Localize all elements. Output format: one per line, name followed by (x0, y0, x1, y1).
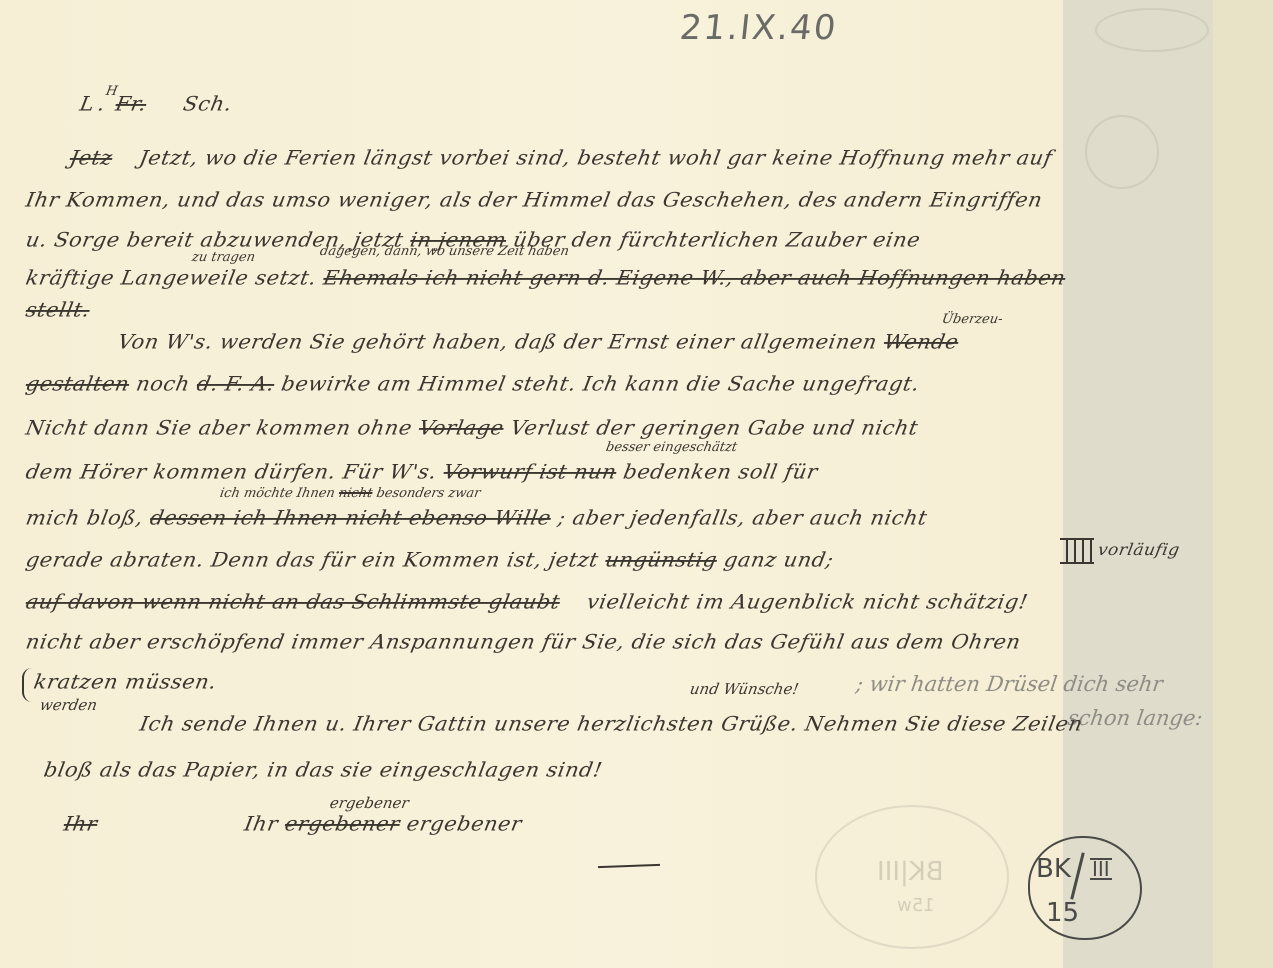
line-text: gerade abraten. Denn das für ein Kommen … (24, 549, 600, 572)
line-text: bewirke am Himmel steht. Ich kann die Sa… (280, 373, 922, 396)
archive-stamp: BK III 15 (1028, 836, 1142, 940)
pencil-margin-note-2: schon lange: (1066, 706, 1204, 730)
struck-word: Wende (882, 331, 960, 354)
line-text: Jetzt, wo die Ferien längst vorbei sind,… (138, 147, 1055, 170)
line-text: nicht aber erschöpfend immer Anspannunge… (24, 631, 1023, 654)
manuscript-line-2: Ihr Kommen, und das umso weniger, als de… (24, 189, 1044, 212)
stamp-volume: III (1090, 858, 1112, 880)
manuscript-line-11: gerade abraten. Denn das für ein Kommen … (24, 549, 836, 572)
line-text: Ihr (243, 813, 280, 836)
manuscript-line-9: dem Hörer kommen dürfen. Für W's. Vorwur… (24, 461, 820, 484)
document-date: 21.IX.40 (678, 8, 840, 48)
manuscript-line-14: kratzen müssen. (32, 671, 219, 694)
line-text: vielleicht im Augenblick nicht schätzig! (585, 591, 1030, 614)
line-text: Nicht dann Sie aber kommen ohne (24, 417, 414, 440)
bleed-through-mark (1085, 115, 1159, 189)
line-text: mich bloß, (24, 507, 145, 530)
struck-word: d. F. A. (195, 373, 276, 396)
line-text: kratzen müssen. (32, 671, 219, 694)
stamp-number: 15 (1046, 898, 1079, 928)
closing-line: Ihr Ihr ergebener ergebener (62, 813, 524, 836)
manuscript-line-5: stellt. (24, 299, 92, 322)
margin-insert: werden (38, 696, 98, 714)
insert-text: ich möchte Ihnen (219, 486, 336, 501)
stamp-series: BK (1036, 854, 1071, 884)
line-text: bloß als das Papier, in das sie eingesch… (42, 759, 604, 782)
line-text: bedenken soll für (622, 461, 820, 484)
interlinear-insert: und Wünsche! (688, 680, 800, 698)
line-text: noch (134, 373, 191, 396)
interlinear-insert: zu tragen (191, 250, 257, 265)
struck-word: nicht (338, 486, 374, 501)
interlinear-insert: ergebener (328, 794, 410, 812)
line-text: kräftige Langeweile setzt. (24, 267, 318, 290)
struck-word: ergebener (283, 813, 402, 836)
manuscript-line-15: Ich sende Ihnen u. Ihrer Gattin unsere h… (138, 713, 1085, 736)
struck-phrase: Ehemals ich nicht gern d. Eigene W., abe… (322, 267, 1068, 290)
ghost-stamp-series: BK|III (877, 857, 944, 887)
line-text: ergebener (405, 813, 524, 836)
bleed-through-archive-stamp: BK|III 15w (815, 805, 1009, 949)
struck-word: Jetz (68, 147, 114, 170)
struck-word: Ihr (62, 813, 99, 836)
manuscript-line-16: bloß als das Papier, in das sie eingesch… (42, 759, 604, 782)
line-text: über den fürchterlichen Zauber eine (511, 229, 922, 252)
struck-word: gestalten (24, 373, 131, 396)
line-text: ; aber jedenfalls, aber auch nicht (556, 507, 929, 530)
interlinear-insert: besser eingeschätzt (605, 440, 739, 455)
line-text: Von W's. werden Sie gehört haben, daß de… (116, 331, 879, 354)
interlinear-insert: ich möchte Ihnen nicht besonders zwar (219, 486, 482, 501)
struck-word: Fr. (114, 93, 149, 116)
manuscript-line-13: nicht aber erschöpfend immer Anspannunge… (24, 631, 1023, 654)
manuscript-line-6: Von W's. werden Sie gehört haben, daß de… (116, 331, 960, 354)
stamp-slash (1070, 852, 1085, 899)
margin-note-ink: vorläufig (1096, 541, 1181, 560)
salutation: L. Fr. Sch. (78, 93, 234, 116)
manuscript-line-12: auf davon wenn nicht an das Schlimmste g… (24, 591, 1030, 614)
line-text: ganz und; (722, 549, 835, 572)
bleed-through-mark (1095, 8, 1209, 52)
manuscript-line-8: Nicht dann Sie aber kommen ohne Vorlage … (24, 417, 920, 440)
struck-word: ungünstig (604, 549, 719, 572)
pencil-margin-note-1: ; wir hatten Drüsel dich sehr (854, 672, 1164, 696)
struck-word: stellt. (24, 299, 92, 322)
ghost-stamp-number: 15w (897, 895, 935, 916)
line-text: Ihr Kommen, und das umso weniger, als de… (24, 189, 1044, 212)
right-paper-edge (1213, 0, 1273, 968)
struck-word: Vorlage (417, 417, 506, 440)
line-text: Verlust der geringen Gabe und nicht (509, 417, 920, 440)
struck-phrase: auf davon wenn nicht an das Schlimmste g… (24, 591, 562, 614)
interlinear-insert: Überzeu- (941, 312, 1004, 327)
manuscript-line-1: Jetz Jetzt, wo die Ferien längst vorbei … (68, 147, 1054, 170)
manuscript-line-10: mich bloß, dessen ich Ihnen nicht ebenso… (24, 507, 929, 530)
interlinear-insert: dagegen, dann, wo unsere Zeit haben (319, 244, 570, 259)
manuscript-line-4: kräftige Langeweile setzt. Ehemals ich n… (24, 267, 1067, 290)
line-text: dem Hörer kommen dürfen. Für W's. (24, 461, 439, 484)
insert-text: besonders zwar (375, 486, 482, 501)
line-text: Nehmen Sie diese Zeilen (803, 713, 1084, 736)
manuscript-line-7: gestalten noch d. F. A. bewirke am Himme… (24, 373, 921, 396)
struck-phrase: dessen ich Ihnen nicht ebenso Wille (148, 507, 553, 530)
struck-phrase: Vorwurf ist nun (442, 461, 619, 484)
margin-tally-mark (1060, 538, 1094, 564)
line-text: Ich sende Ihnen u. Ihrer Gattin unsere h… (138, 713, 800, 736)
